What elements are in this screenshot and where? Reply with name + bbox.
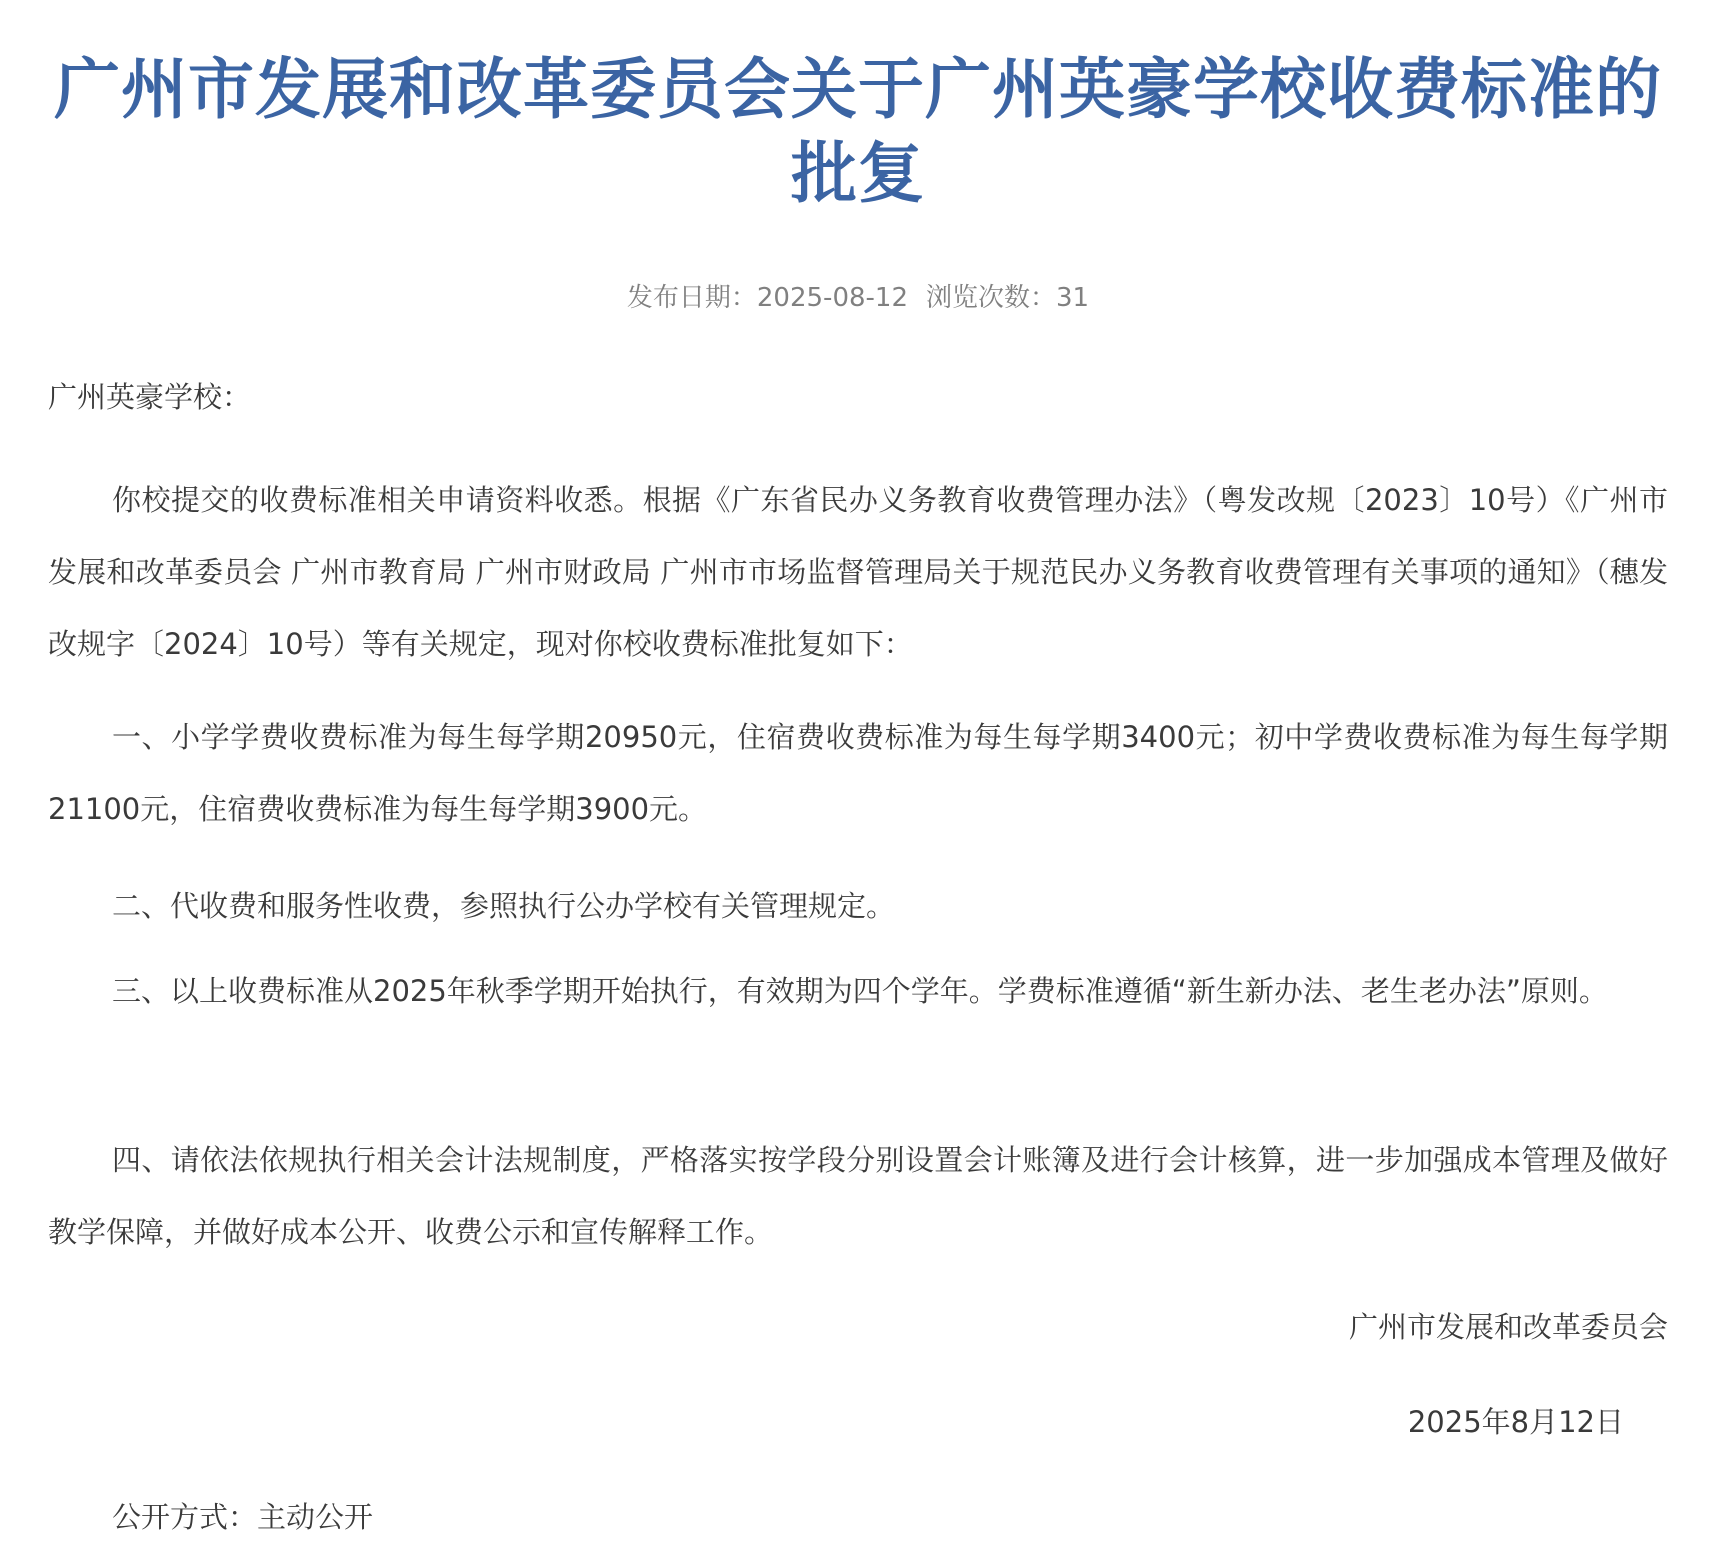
views-label: 浏览次数： <box>926 283 1056 313</box>
document-title: 广州市发展和改革委员会关于广州英豪学校收费标准的批复 <box>30 48 1686 216</box>
signature-date: 2025年8月12日 <box>1408 1397 1624 1447</box>
paragraph-item-2: 二、代收费和服务性收费，参照执行公办学校有关管理规定。 <box>48 870 1668 942</box>
document-meta: 发布日期：2025-08-12浏览次数：31 <box>0 278 1716 318</box>
document-page: 广州市发展和改革委员会关于广州英豪学校收费标准的批复 发布日期：2025-08-… <box>0 0 1716 1546</box>
publish-date: 2025-08-12 <box>757 283 908 313</box>
paragraph-item-1: 一、小学学费收费标准为每生每学期20950元，住宿费收费标准为每生每学期3400… <box>48 701 1668 845</box>
publish-date-label: 发布日期： <box>627 283 757 313</box>
disclosure-method: 公开方式：主动公开 <box>112 1492 373 1542</box>
salutation: 广州英豪学校： <box>48 372 1668 422</box>
signature-organization: 广州市发展和改革委员会 <box>1349 1302 1668 1352</box>
paragraph-item-4: 四、请依法依规执行相关会计法规制度，严格落实按学段分别设置会计账簿及进行会计核算… <box>48 1124 1668 1268</box>
paragraph-intro: 你校提交的收费标准相关申请资料收悉。根据《广东省民办义务教育收费管理办法》（粤发… <box>48 464 1668 680</box>
paragraph-item-3: 三、以上收费标准从2025年秋季学期开始执行，有效期为四个学年。学费标准遵循“新… <box>48 955 1668 1027</box>
views-count: 31 <box>1056 283 1089 313</box>
